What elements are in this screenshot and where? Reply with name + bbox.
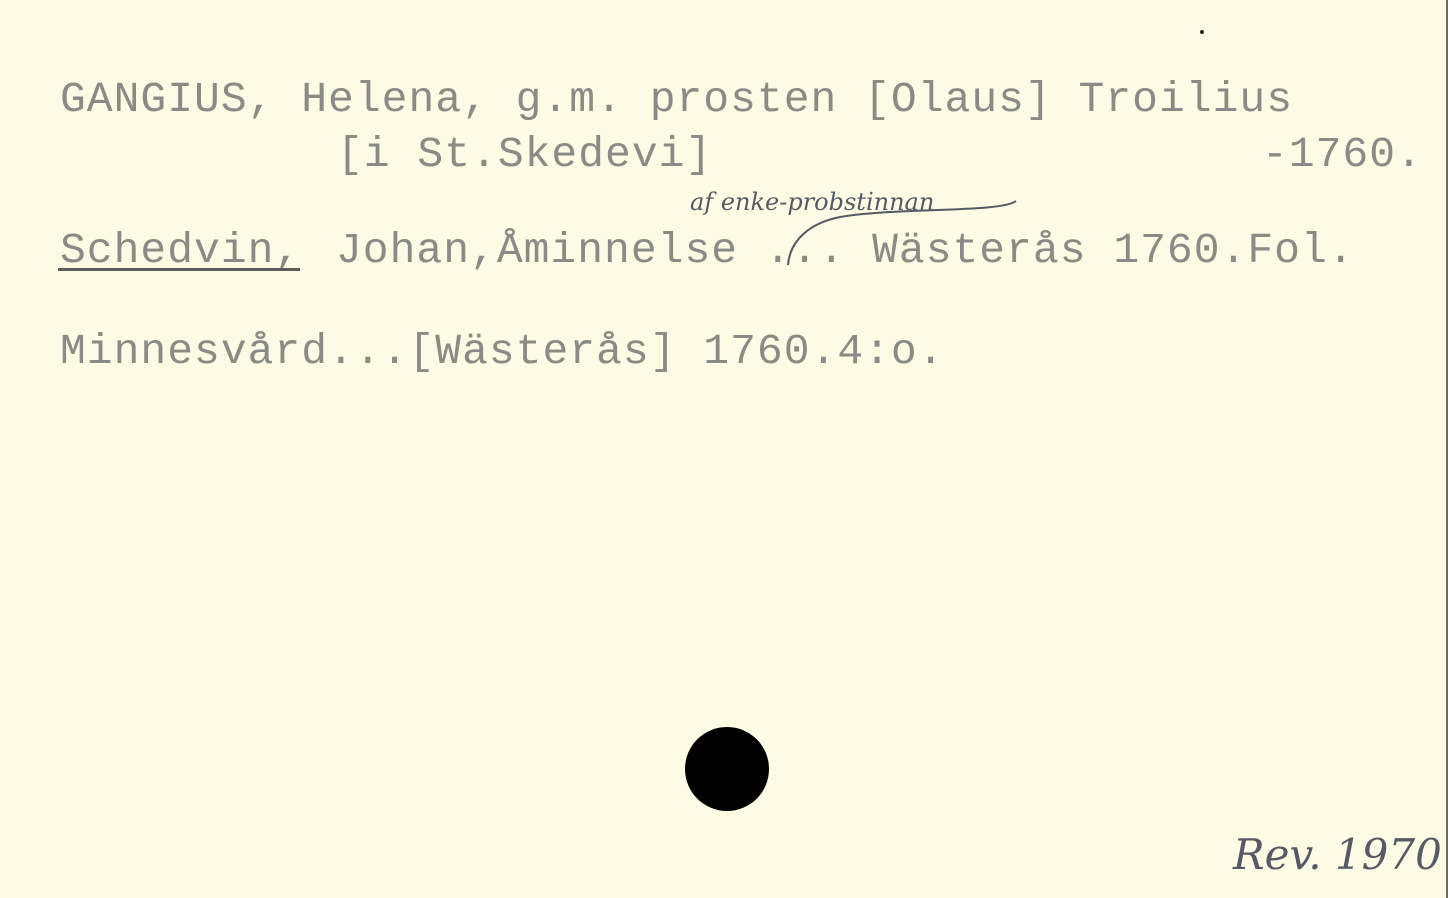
heading-line-2-date: -1760. <box>1262 133 1423 176</box>
ink-speck <box>1200 30 1204 34</box>
catalog-card: GANGIUS, Helena, g.m. prosten [Olaus] Tr… <box>0 0 1448 898</box>
author-underline <box>58 268 300 271</box>
revision-note: Rev. 1970 <box>1233 830 1442 879</box>
punch-hole <box>685 727 769 811</box>
heading-line-1: GANGIUS, Helena, g.m. prosten [Olaus] Tr… <box>60 78 1293 121</box>
title-author: Schedvin, <box>60 229 301 272</box>
heading-line-2-location: [i St.Skedevi] <box>337 133 712 176</box>
second-title: Minnesvård...[Wästerås] 1760.4:o. <box>60 330 945 373</box>
title-text: Johan,Åminnelse ... Wästerås 1760.Fol. <box>336 229 1355 272</box>
